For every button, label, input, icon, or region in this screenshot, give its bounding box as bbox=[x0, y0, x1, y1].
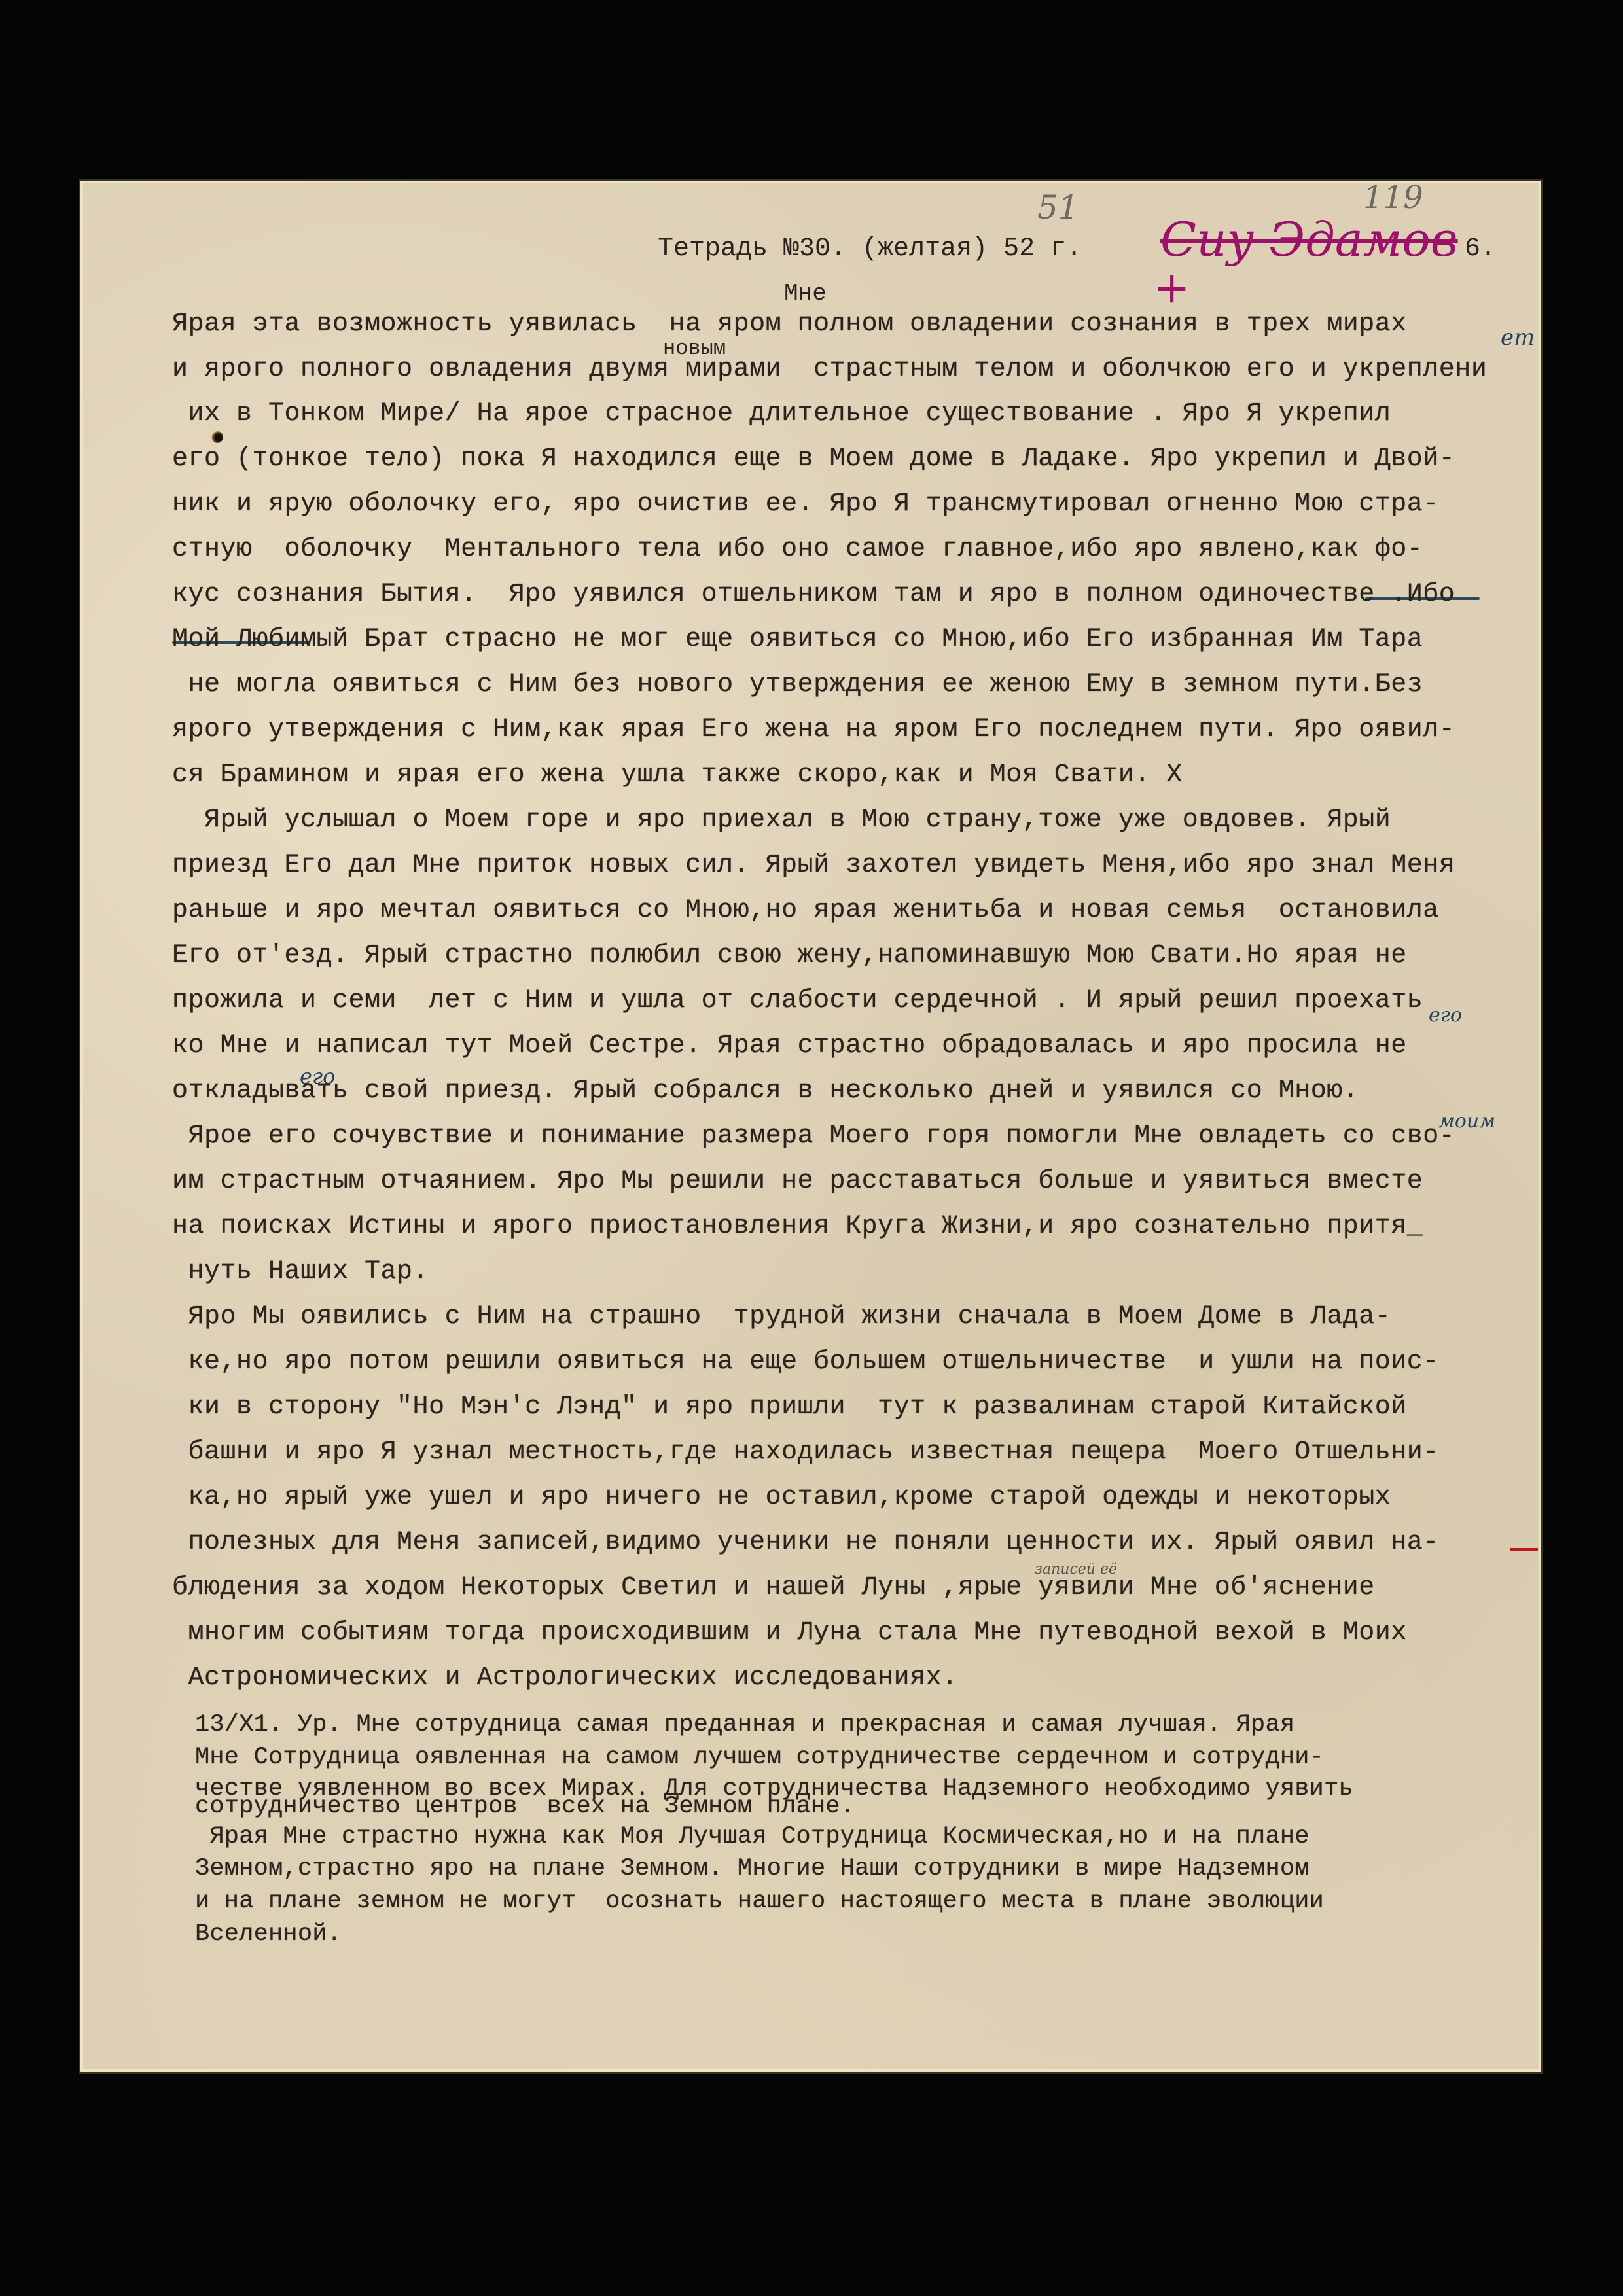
body-line: Его от'езд. Ярый страстно полюбил свою ж… bbox=[172, 943, 1407, 969]
body-line: откладывать свой приезд. Ярый собрался в… bbox=[172, 1078, 1359, 1104]
body-line: на поисках Истины и ярого приостановлени… bbox=[172, 1214, 1423, 1240]
body-line: их в Тонком Мире/ На ярое страсное длите… bbox=[172, 401, 1391, 427]
body-line: башни и яро Я узнал местность,где находи… bbox=[172, 1439, 1439, 1466]
body-line: многим событиям тогда происходившим и Лу… bbox=[172, 1620, 1407, 1646]
magenta-cross-mark: + bbox=[1154, 262, 1190, 313]
final-section-line: Мне Сотрудница оявленная на самом лучшем… bbox=[195, 1746, 1324, 1770]
insertion-et: ет bbox=[1501, 325, 1535, 351]
body-line: Ярое его сочувствие и понимание размера … bbox=[172, 1123, 1455, 1150]
body-line: его (тонкое тело) пока Я находился еще в… bbox=[172, 446, 1455, 472]
body-line: Ярый услышал о Моем горе и яро приехал в… bbox=[172, 807, 1391, 834]
body-line: полезных для Меня записей,видимо ученики… bbox=[172, 1530, 1439, 1556]
final-section-line: Вселенной. bbox=[195, 1922, 342, 1947]
body-line: блюдения за ходом Некоторых Светил и наш… bbox=[172, 1575, 1375, 1601]
body-line: приезд Его дал Мне приток новых сил. Яры… bbox=[172, 853, 1455, 879]
body-line: стную оболочку Ментального тела ибо оно … bbox=[172, 537, 1423, 563]
page-number: 6. bbox=[1465, 234, 1496, 264]
body-line: ки в сторону "Но Мэн'с Лэнд" и яро пришл… bbox=[172, 1394, 1407, 1421]
body-line: ке,но яро потом решили оявиться на еще б… bbox=[172, 1349, 1439, 1375]
body-line: ко Мне и написал тут Моей Сестре. Ярая с… bbox=[172, 1033, 1407, 1059]
final-section-line: и на плане земном не могут осознать наше… bbox=[195, 1890, 1324, 1914]
notebook-title: Тетрадь №30. (желтая) 52 г. bbox=[658, 234, 1082, 264]
body-line: ник и ярую оболочку его, яро очистив ее.… bbox=[172, 491, 1439, 518]
red-margin-dash bbox=[1510, 1548, 1538, 1551]
final-section-line: Земном,страстно яро на плане Земном. Мно… bbox=[195, 1857, 1310, 1881]
body-line: Яро Мы оявились с Ним на страшно трудной… bbox=[172, 1304, 1391, 1330]
body-line: ка,но ярый уже ушел и яро ничего не оста… bbox=[172, 1485, 1391, 1511]
body-line: ся Брамином и ярая его жена ушла также с… bbox=[172, 762, 1183, 788]
insertion-ego: его bbox=[1429, 1004, 1462, 1027]
insertion-mne: Мне bbox=[784, 280, 827, 307]
body-line: им страстным отчаянием. Яро Мы решили не… bbox=[172, 1169, 1423, 1195]
pencil-annotation-51: 51 bbox=[1037, 188, 1079, 226]
body-line: ярого утверждения с Ним,как ярая Его жен… bbox=[172, 717, 1455, 743]
punch-hole bbox=[211, 431, 223, 443]
body-line: раньше и яро мечтал оявиться со Мною,но … bbox=[172, 898, 1439, 924]
body-line: прожила и семи лет с Ним и ушла от слабо… bbox=[172, 988, 1423, 1014]
magenta-signature: Сиу Эдамов bbox=[1160, 212, 1458, 267]
final-section-line: Ярая Мне страстно нужна как Моя Лучшая С… bbox=[195, 1825, 1310, 1849]
final-section-line: 13/Х1. Ур. Мне сотрудница самая преданна… bbox=[195, 1713, 1294, 1737]
body-line: Ярая эта возможность уявилась на яром по… bbox=[172, 311, 1407, 338]
body-line: Мой Любимый Брат страсно не мог еще ояви… bbox=[172, 627, 1423, 653]
body-line: и ярого полного овладения двумя мирами с… bbox=[172, 357, 1487, 383]
body-line: не могла оявиться с Ним без нового утвер… bbox=[172, 672, 1423, 698]
body-line: кус сознания Бытия. Яро уявился отшельни… bbox=[172, 582, 1455, 608]
document-page: Тетрадь №30. (желтая) 52 г. 6. 51 119 Си… bbox=[80, 181, 1541, 2072]
body-line: Астрономических и Астрологических исслед… bbox=[172, 1665, 958, 1691]
final-section-line: сотрудничество центров всех на Земном пл… bbox=[195, 1795, 855, 1819]
body-line: нуть Наших Тар. bbox=[172, 1259, 429, 1285]
pencil-annotation-corner: 119 bbox=[1363, 179, 1423, 216]
